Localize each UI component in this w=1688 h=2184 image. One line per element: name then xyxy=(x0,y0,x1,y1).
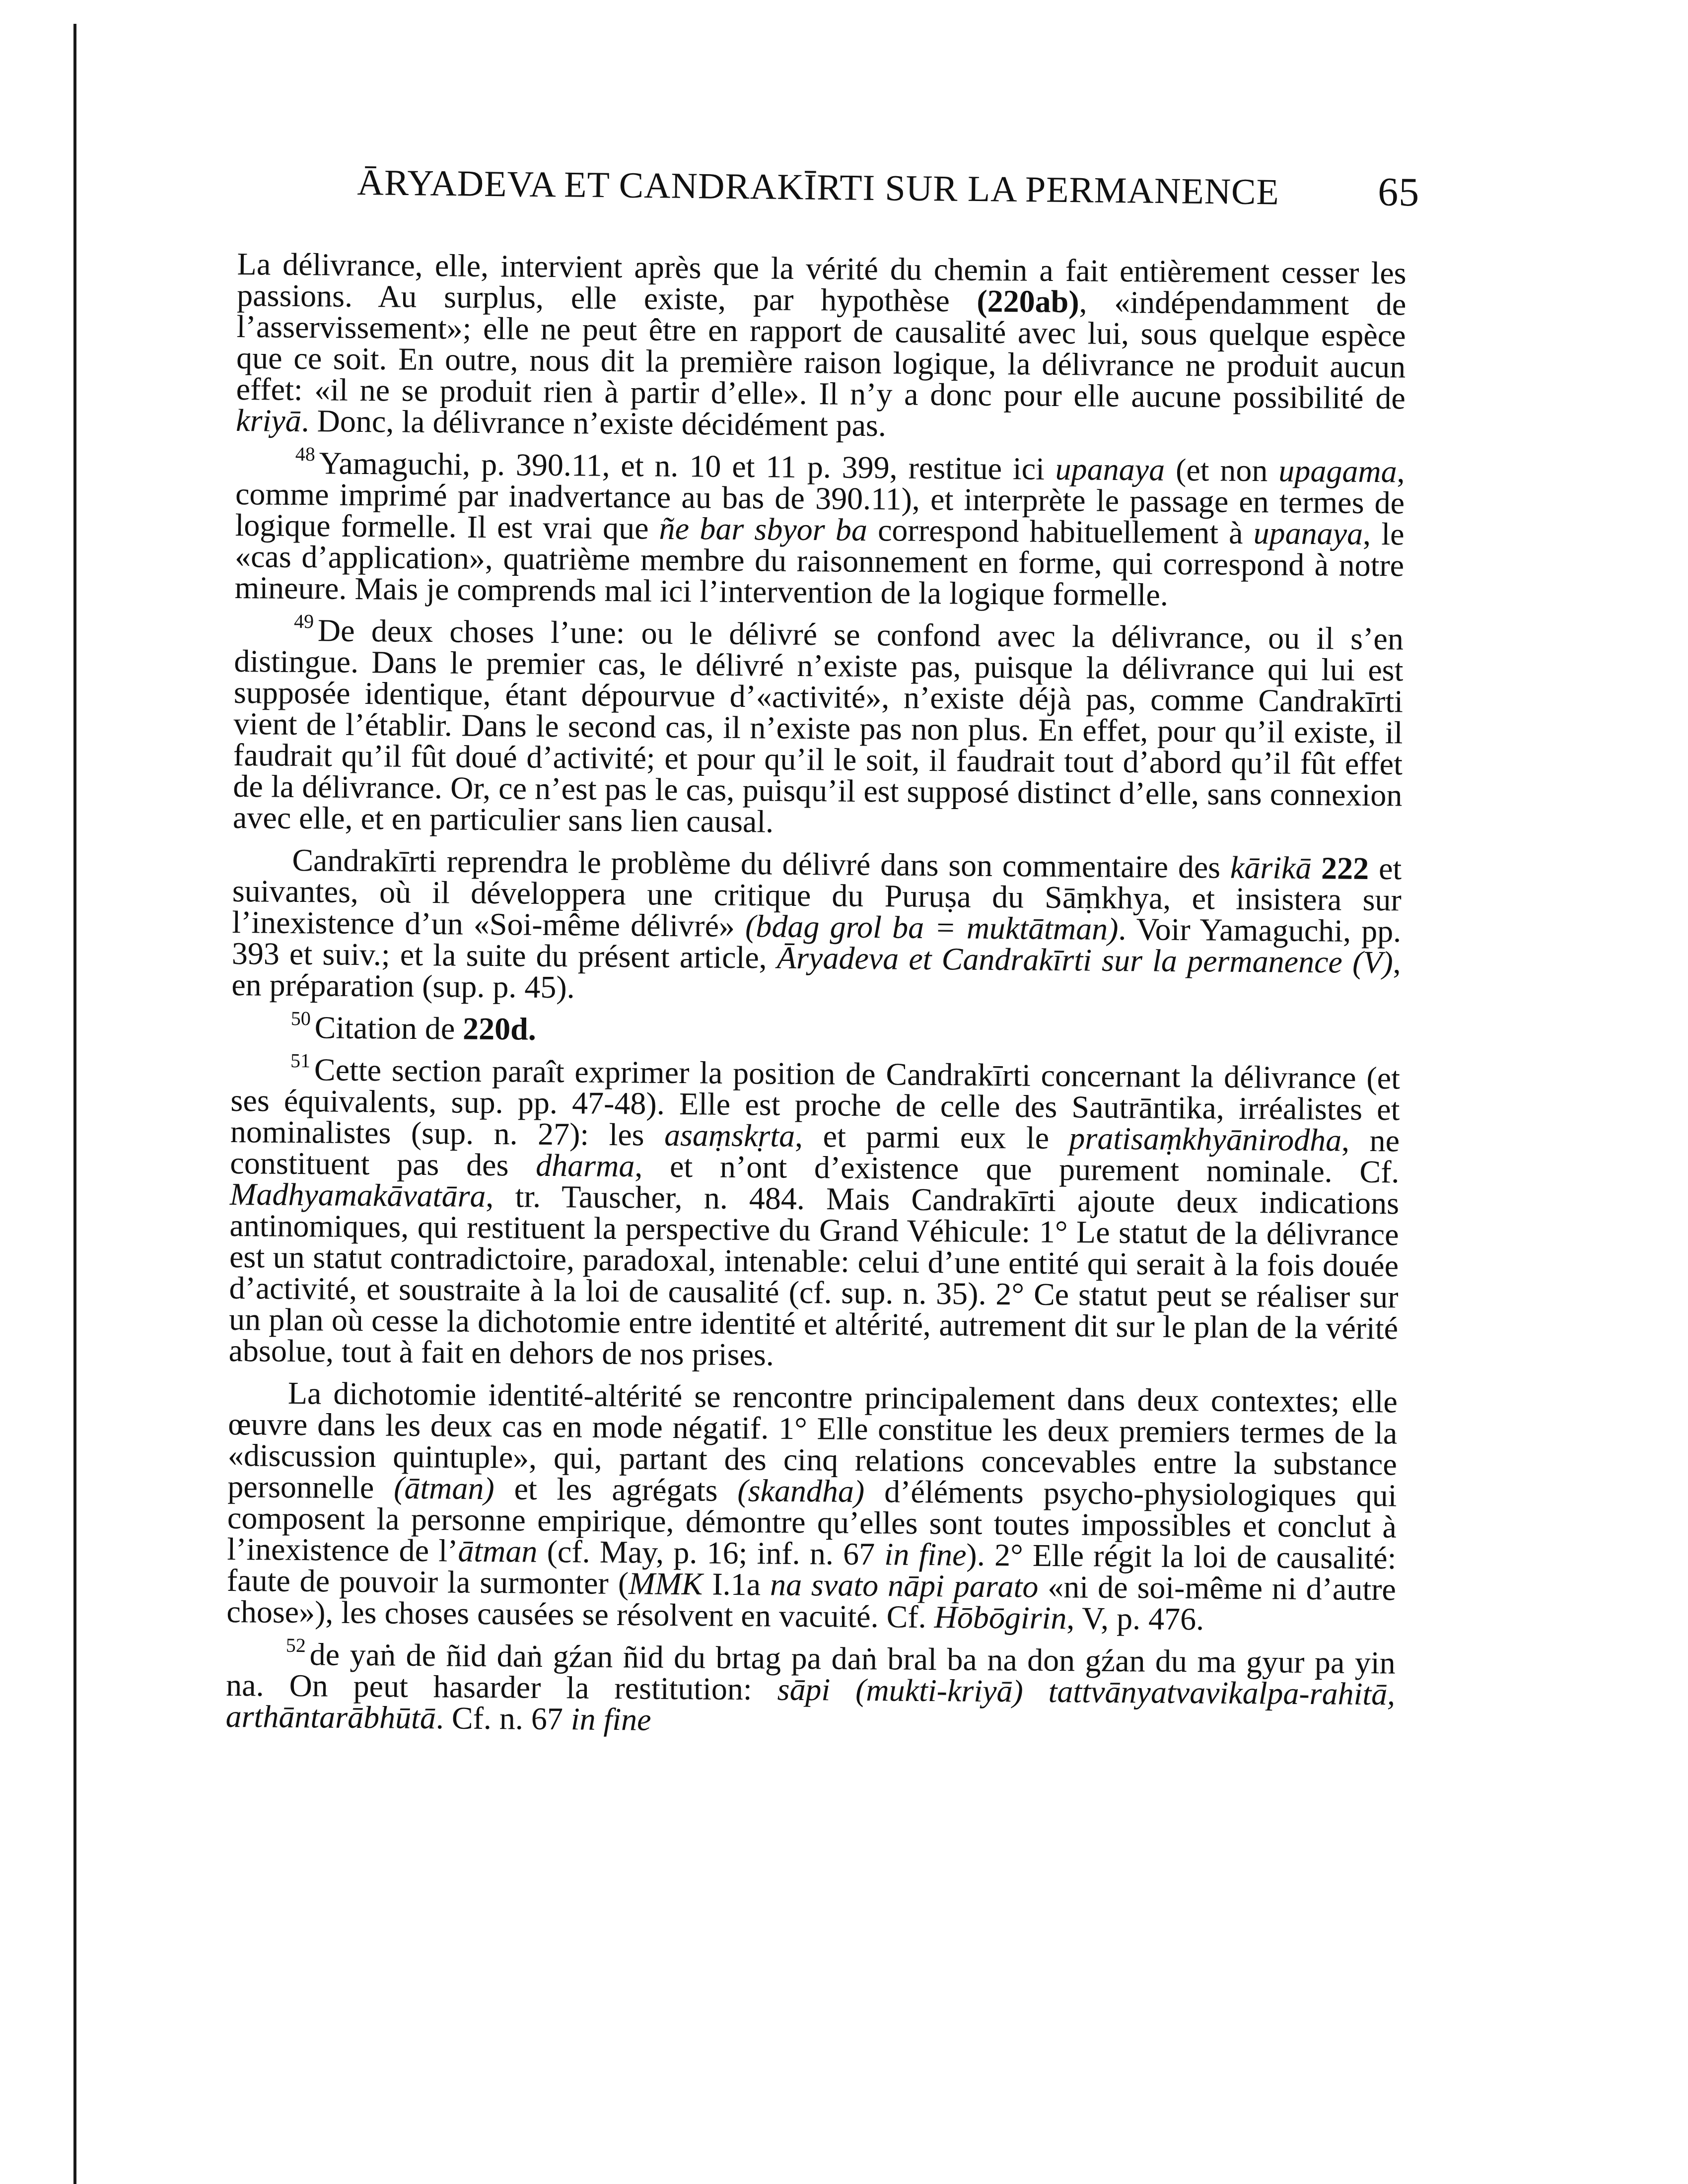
italic-term: in fine xyxy=(571,1701,651,1737)
italic-term: (ātman) xyxy=(394,1470,494,1506)
footnote-51-continuation: La dichotomie identité-altérité se renco… xyxy=(226,1377,1398,1636)
italic-term: in fine xyxy=(884,1536,967,1572)
italic-term: upanaya xyxy=(1253,515,1363,551)
italic-term: na svato nāpi parato xyxy=(770,1567,1039,1604)
italic-term: kriyā xyxy=(236,403,301,438)
italic-term: kārikā xyxy=(1230,850,1312,886)
italic-term: Āryadeva et Candrakīrti sur la permanenc… xyxy=(777,940,1393,980)
italic-term: ātman xyxy=(458,1533,538,1569)
page-number: 65 xyxy=(1378,169,1420,216)
footnote-number: 51 xyxy=(290,1049,310,1072)
body-paragraph-1: La délivrance, elle, intervient après qu… xyxy=(236,248,1407,445)
italic-term: sāpi (mukti-kriyā) tattvānyatva­vikalpa-… xyxy=(225,1672,1395,1736)
footnote-48-text: Yamaguchi, p. 390.11, et n. 10 et 11 p. … xyxy=(234,445,1405,612)
footnote-50-text: Citation de 220d. xyxy=(314,1010,536,1047)
italic-term: dharma xyxy=(536,1148,635,1184)
bold-reference: 222 xyxy=(1311,850,1369,886)
footnote-number: 50 xyxy=(291,1007,311,1029)
footnote-50: 50Citation de 220d. xyxy=(231,1011,1400,1051)
page-binding-line xyxy=(73,24,76,2184)
italic-term: upanaya xyxy=(1055,451,1165,487)
bold-reference: (220ab) xyxy=(977,283,1079,320)
italic-term: Hōbōgirin xyxy=(934,1599,1066,1636)
footnote-number: 49 xyxy=(294,610,314,632)
italic-term: ñe bar sbyor ba xyxy=(659,511,867,547)
footnote-49: 49De deux choses l’une: ou le délivré se… xyxy=(233,614,1404,842)
footnote-48: 48Yamaguchi, p. 390.11, et n. 10 et 11 p… xyxy=(234,447,1405,612)
italic-term: prati­saṃkhyānirodha xyxy=(1069,1120,1341,1158)
running-title: Āryadeva et Candrakīrti sur la permanenc… xyxy=(357,162,1279,213)
footnote-number: 48 xyxy=(295,443,315,465)
italic-term: asaṃskṛta xyxy=(664,1117,795,1154)
page-content: La délivrance, elle, intervient après qu… xyxy=(226,248,1407,1741)
italic-term: (skandha) xyxy=(737,1473,864,1509)
italic-term: MMK xyxy=(629,1566,703,1601)
footnote-51: 51Cette section paraît exprimer la posit… xyxy=(228,1053,1400,1375)
italic-term: upagama xyxy=(1278,453,1397,489)
footnote-49-continuation: Candrakīrti reprendra le problème du dél… xyxy=(231,844,1402,1009)
footnote-number: 52 xyxy=(286,1634,306,1656)
footnote-49-text: De deux choses l’une: ou le délivré se c… xyxy=(233,613,1404,839)
footnote-52-text: de yaṅ de ñid daṅ gźan ñid du brtag pa d… xyxy=(225,1637,1395,1737)
footnote-52: 52de yaṅ de ñid daṅ gźan ñid du brtag pa… xyxy=(226,1638,1396,1741)
footnote-51-text: Cette section paraît exprimer la positio… xyxy=(228,1052,1400,1372)
italic-term: Madhyamakāvatāra xyxy=(230,1176,486,1214)
bold-reference: 220d. xyxy=(463,1011,536,1047)
running-head: Āryadeva et Candrakīrti sur la permanenc… xyxy=(357,158,1420,215)
